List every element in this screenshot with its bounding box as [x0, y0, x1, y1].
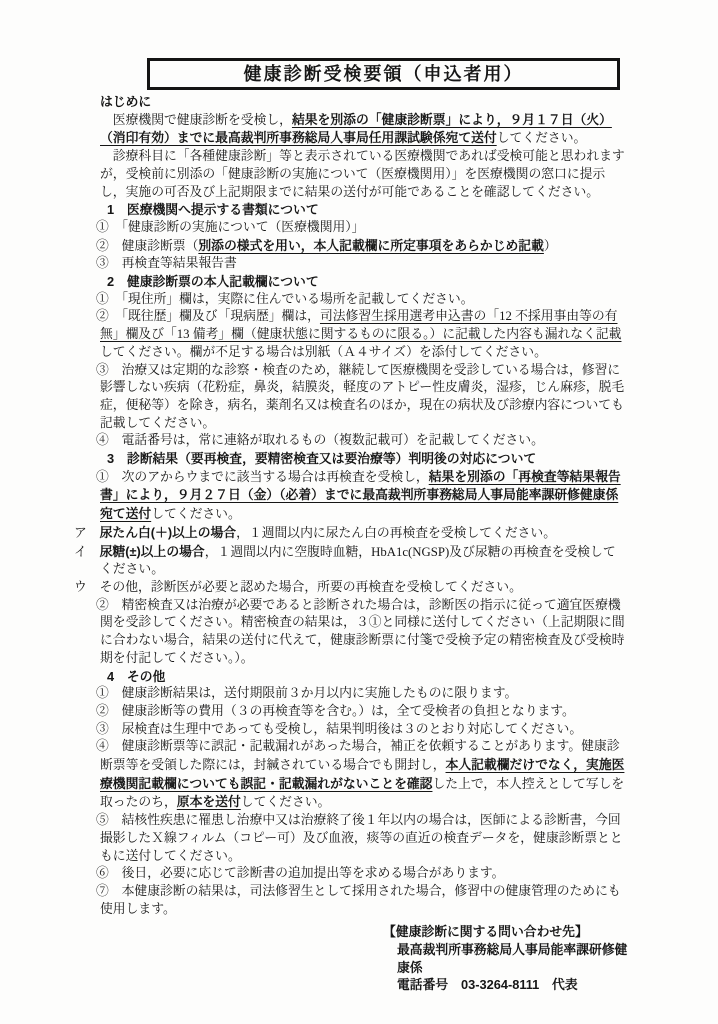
section-3-item-1-sub-a: ア 尿たん白(＋)以上の場合，１週間以内に尿たん白の再検査を受検してください。: [100, 524, 628, 543]
section-1-item-1: ① 「健康診断の実施について（医療機関用）」: [100, 219, 628, 237]
document-title-box: 健康診断受検要領（申込者用）: [147, 58, 620, 90]
section-4-heading: 4 その他: [100, 668, 628, 686]
document-title: 健康診断受検要領（申込者用）: [244, 64, 524, 84]
section-4-item-2: ② 健康診断等の費用（３の再検査等を含む。）は，全て受検者の負担となります。: [100, 703, 628, 721]
intro-paragraph-2: 診療科目に「各種健康診断」等と表示されている医療機関であれば受検可能と思われます…: [100, 148, 628, 201]
intro-paragraph-1: 医療機関で健康診断を受検し，結果を別添の「健康診断票」により，９月１７日（火）（…: [100, 111, 628, 148]
section-3-item-2: ② 精密検査又は治療が必要であると診断された場合は，診断医の指示に従って適宜医療…: [100, 597, 628, 668]
contact-phone: 電話番号 03-3264-8111 代表: [100, 976, 628, 994]
intro-heading: はじめに: [100, 93, 628, 111]
section-4-item-7: ⑦ 本健康診断の結果は，司法修習生として採用された場合，修習中の健康管理のために…: [100, 883, 628, 918]
section-3-heading: 3 診断結果（要再検査，要精密検査又は要治療等）判明後の対応について: [100, 450, 628, 468]
section-3-item-1-sub-i: イ 尿糖(±)以上の場合，１週間以内に空腹時血糖，HbA1c(NGSP)及び尿糖…: [100, 543, 628, 579]
contact-heading: 【健康診断に関する問い合わせ先】: [100, 923, 628, 941]
contact-office: 最高裁判所事務総局人事局能率課研修健康係: [100, 941, 628, 976]
section-1-item-2: ② 健康診断票（別添の様式を用い，本人記載欄に所定事項をあらかじめ記載）: [100, 237, 628, 256]
section-4-item-4: ④ 健康診断票等に誤記・記載漏れがあった場合，補正を依頼することがあります。健康…: [100, 738, 628, 812]
section-2-heading: 2 健康診断票の本人記載欄について: [100, 273, 628, 291]
section-2-item-4: ④ 電話番号は，常に連絡が取れるもの（複数記載可）を記載してください。: [100, 432, 628, 450]
contact-block: 【健康診断に関する問い合わせ先】 最高裁判所事務総局人事局能率課研修健康係 電話…: [100, 923, 628, 994]
section-4-item-6: ⑥ 後日，必要に応じて診断書の追加提出等を求める場合があります。: [100, 865, 628, 883]
section-2-item-2: ② 「既往歴」欄及び「現病歴」欄は，司法修習生採用選考申込書の「12 不採用事由…: [100, 308, 628, 361]
section-1-heading: 1 医療機関へ提示する書類について: [100, 201, 628, 219]
section-3-item-1-sub-u: ウ その他，診断医が必要と認めた場合，所要の再検査を受検してください。: [100, 579, 628, 597]
section-1-item-3: ③ 再検査等結果報告書: [100, 255, 628, 273]
section-3-item-1: ① 次のアからウまでに該当する場合は再検査を受検し，結果を別添の「再検査等結果報…: [100, 468, 628, 524]
document-content: はじめに 医療機関で健康診断を受検し，結果を別添の「健康診断票」により，９月１７…: [100, 93, 628, 994]
section-2-item-1: ① 「現住所」欄は，実際に住んでいる場所を記載してください。: [100, 291, 628, 309]
section-4-item-5: ⑤ 結核性疾患に罹患し治療中又は治療終了後１年以内の場合は，医師による診断書，今…: [100, 812, 628, 865]
section-2-item-3: ③ 治療又は定期的な診察・検査のため，継続して医療機関を受診している場合は，修習…: [100, 362, 628, 433]
section-4-item-3: ③ 尿検査は生理中であっても受検し，結果判明後は３のとおり対応してください。: [100, 721, 628, 739]
scanned-document-page: 健康診断受検要領（申込者用） はじめに 医療機関で健康診断を受検し，結果を別添の…: [0, 0, 718, 1024]
section-4-item-1: ① 健康診断結果は，送付期限前３か月以内に実施したものに限ります。: [100, 685, 628, 703]
